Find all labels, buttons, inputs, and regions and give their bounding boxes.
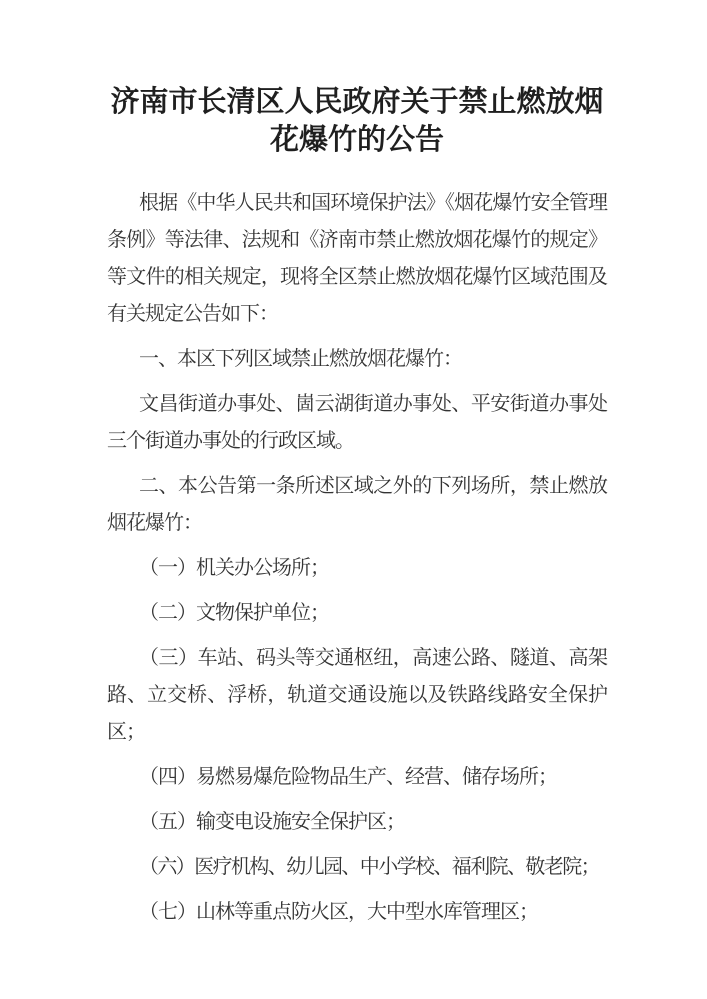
- section-two-item-3: （三）车站、码头等交通枢纽，高速公路、隧道、高架路、立交桥、浮桥，轨道交通设施以…: [107, 640, 607, 751]
- section-two-heading: 二、本公告第一条所述区域之外的下列场所，禁止燃放烟花爆竹：: [107, 468, 607, 542]
- document-body: 根据《中华人民共和国环境保护法》《烟花爆竹安全管理条例》等法律、法规和《济南市禁…: [107, 185, 607, 931]
- intro-paragraph: 根据《中华人民共和国环境保护法》《烟花爆竹安全管理条例》等法律、法规和《济南市禁…: [107, 185, 607, 333]
- section-two-item-2: （二）文物保护单位；: [107, 595, 607, 632]
- section-two-item-4: （四）易燃易爆危险物品生产、经营、储存场所；: [107, 759, 607, 796]
- section-two-item-1: （一）机关办公场所；: [107, 550, 607, 587]
- document-title: 济南市长清区人民政府关于禁止燃放烟花爆竹的公告: [107, 83, 607, 159]
- section-two-item-7: （七）山林等重点防火区，大中型水库管理区；: [107, 894, 607, 931]
- document-page: 济南市长清区人民政府关于禁止燃放烟花爆竹的公告 根据《中华人民共和国环境保护法》…: [0, 0, 707, 999]
- section-one-heading: 一、本区下列区域禁止燃放烟花爆竹：: [107, 341, 607, 378]
- section-two-item-6: （六）医疗机构、幼儿园、中小学校、福利院、敬老院；: [107, 849, 607, 886]
- section-one-body: 文昌街道办事处、崮云湖街道办事处、平安街道办事处三个街道办事处的行政区域。: [107, 386, 607, 460]
- section-two-item-5: （五）输变电设施安全保护区；: [107, 804, 607, 841]
